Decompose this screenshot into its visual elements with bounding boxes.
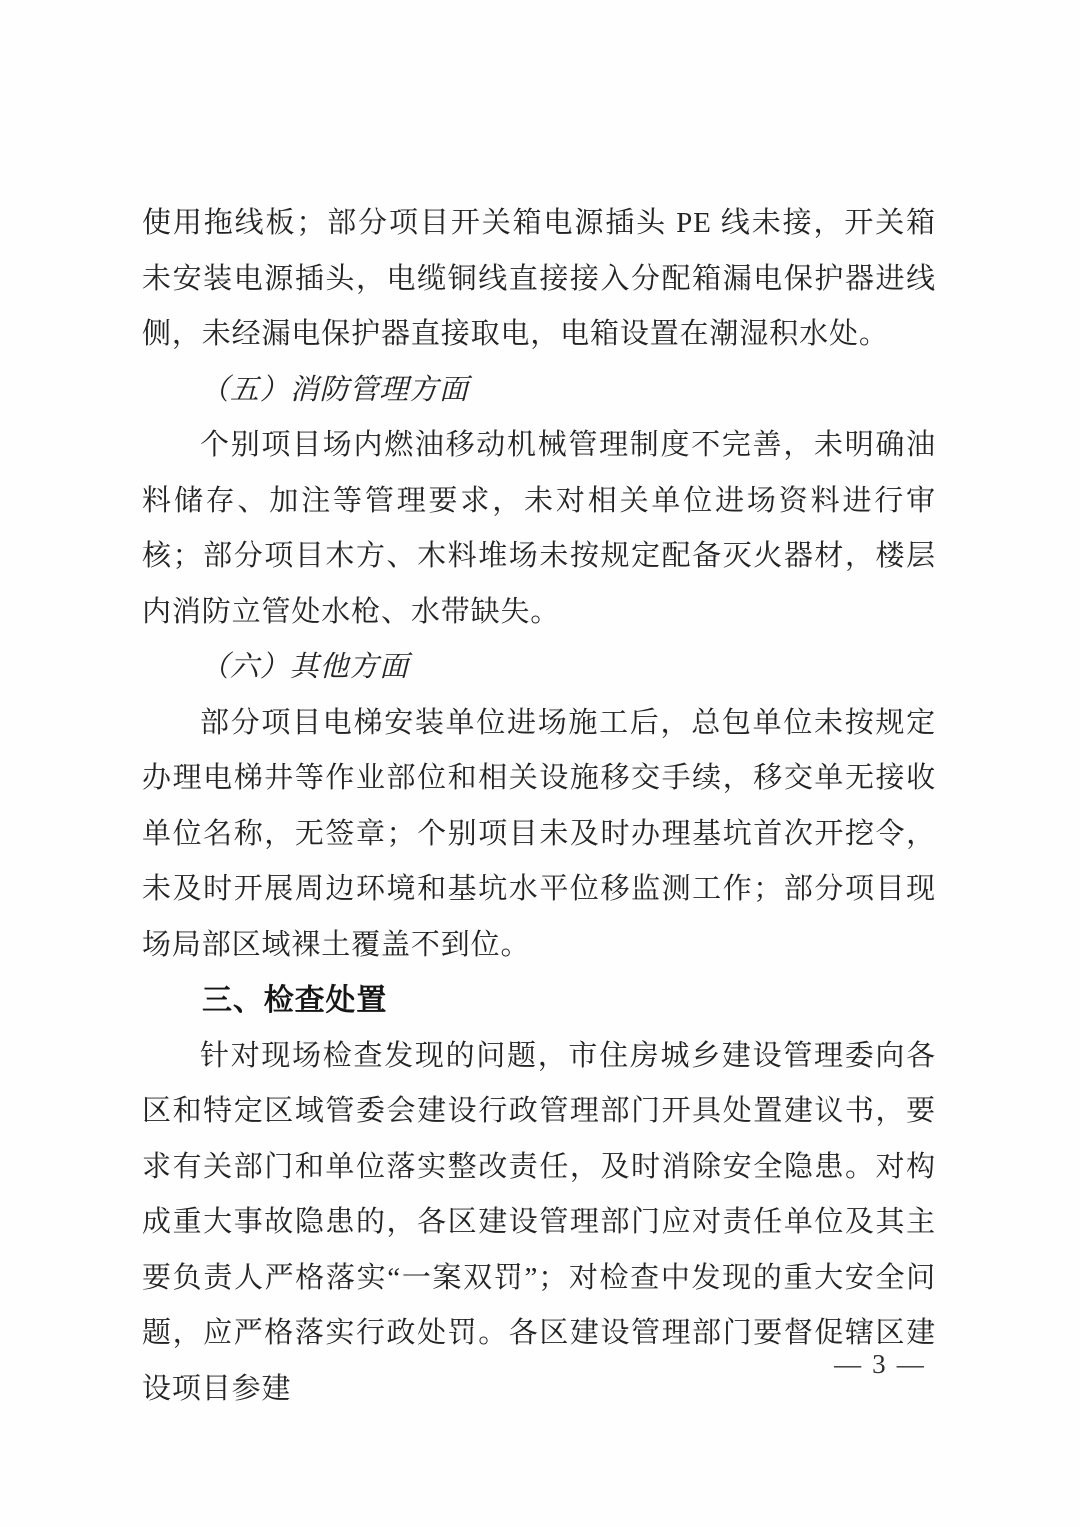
- heading-section-5-fire-management: （五）消防管理方面: [142, 363, 936, 419]
- heading-section-6-other-aspects: （六）其他方面: [142, 640, 936, 696]
- paragraph-other-aspects: 部分项目电梯安装单位进场施工后，总包单位未按规定办理电梯井等作业部位和相关设施移…: [142, 696, 936, 974]
- document-body: 使用拖线板；部分项目开关箱电源插头 PE 线未接，开关箱未安装电源插头，电缆铜线…: [142, 196, 936, 1417]
- paragraph-fire-management: 个别项目场内燃油移动机械管理制度不完善，未明确油料储存、加注等管理要求，未对相关…: [142, 418, 936, 640]
- document-page: 使用拖线板；部分项目开关箱电源插头 PE 线未接，开关箱未安装电源插头，电缆铜线…: [0, 0, 1080, 1527]
- page-number: — 3 —: [790, 1349, 970, 1380]
- heading-section-3-inspection-disposal: 三、检查处置: [142, 973, 936, 1029]
- paragraph-electrical-continuation: 使用拖线板；部分项目开关箱电源插头 PE 线未接，开关箱未安装电源插头，电缆铜线…: [142, 196, 936, 363]
